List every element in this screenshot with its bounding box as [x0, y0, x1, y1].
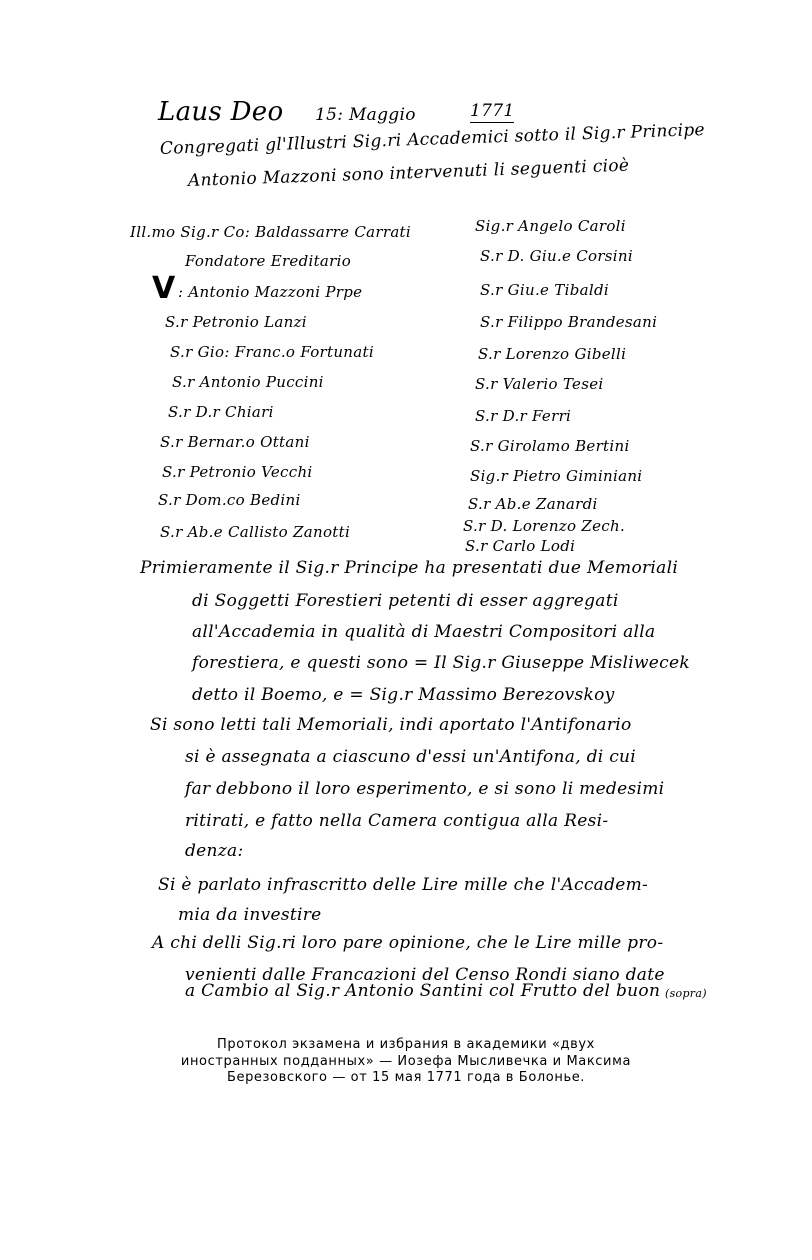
member-right: S.r Valerio Tesei	[475, 375, 603, 393]
member-right: S.r Filippo Brandesani	[480, 313, 657, 331]
body-line: A chi delli Sig.ri loro pare opinione, c…	[152, 933, 663, 953]
body-line: denza:	[185, 841, 244, 861]
body-line: a Cambio al Sig.r Antonio Santini col Fr…	[185, 981, 660, 1001]
body-line: mia da investire	[178, 905, 322, 925]
member-left: S.r Petronio Vecchi	[162, 463, 313, 481]
member-left: : Antonio Mazzoni Prpe	[178, 283, 362, 301]
body-line: all'Accademia in qualità di Maestri Comp…	[192, 622, 655, 642]
body-line: Primieramente il Sig.r Principe ha prese…	[140, 558, 678, 578]
member-left: S.r Dom.co Bedini	[158, 491, 301, 509]
member-right: S.r Ab.e Zanardi	[468, 495, 598, 513]
member-right: S.r Carlo Lodi	[465, 537, 575, 555]
check-mark-icon: V	[152, 271, 175, 306]
caption-line: Березовского — от 15 мая 1771 года в Бол…	[100, 1070, 712, 1087]
intro-line: Antonio Mazzoni sono intervenuti li segu…	[188, 156, 630, 191]
member-right: S.r Giu.e Tibaldi	[480, 281, 609, 299]
body-line: ritirati, e fatto nella Camera contigua …	[185, 811, 608, 831]
member-left: Ill.mo Sig.r Co: Baldassarre Carrati	[130, 223, 411, 241]
member-left: S.r Ab.e Callisto Zanotti	[160, 523, 350, 541]
manuscript-facsimile: Laus Deo 15: Maggio 1771 Congregati gl'I…	[130, 95, 710, 1010]
heading-date: 15: Maggio	[315, 105, 416, 125]
member-left: S.r Bernar.o Ottani	[160, 433, 310, 451]
member-right: S.r Lorenzo Gibelli	[478, 345, 626, 363]
member-left: S.r D.r Chiari	[168, 403, 274, 421]
caption-line: иностранных подданных» — Иозефа Мысливеч…	[100, 1054, 712, 1071]
member-left: Fondatore Ereditario	[185, 252, 351, 270]
heading-year: 1771	[470, 101, 514, 123]
member-right: S.r Girolamo Bertini	[470, 437, 630, 455]
figure-caption: Протокол экзамена и избрания в академики…	[100, 1037, 712, 1087]
member-left: S.r Gio: Franc.o Fortunati	[170, 343, 374, 361]
member-right: Sig.r Angelo Caroli	[475, 217, 626, 235]
body-line: forestiera, e questi sono = Il Sig.r Giu…	[192, 653, 690, 673]
heading-laus-deo: Laus Deo	[158, 97, 283, 127]
body-line: Si sono letti tali Memoriali, indi aport…	[150, 715, 632, 735]
caption-line: Протокол экзамена и избрания в академики…	[100, 1037, 712, 1054]
member-left: S.r Petronio Lanzi	[165, 313, 307, 331]
body-line: di Soggetti Forestieri petenti di esser …	[192, 591, 619, 611]
continuation-note: (sopra)	[665, 987, 707, 1000]
body-line: si è assegnata a ciascuno d'essi un'Anti…	[185, 747, 636, 767]
member-left: S.r Antonio Puccini	[172, 373, 324, 391]
body-line: Si è parlato infrascritto delle Lire mil…	[158, 875, 648, 895]
body-line: far debbono il loro esperimento, e si so…	[185, 779, 664, 799]
member-right: S.r D. Lorenzo Zech.	[463, 517, 625, 535]
member-right: S.r D. Giu.e Corsini	[480, 247, 633, 265]
body-line: detto il Boemo, e = Sig.r Massimo Berezo…	[192, 685, 615, 705]
member-right: S.r D.r Ferri	[475, 407, 571, 425]
member-right: Sig.r Pietro Giminiani	[470, 467, 642, 485]
